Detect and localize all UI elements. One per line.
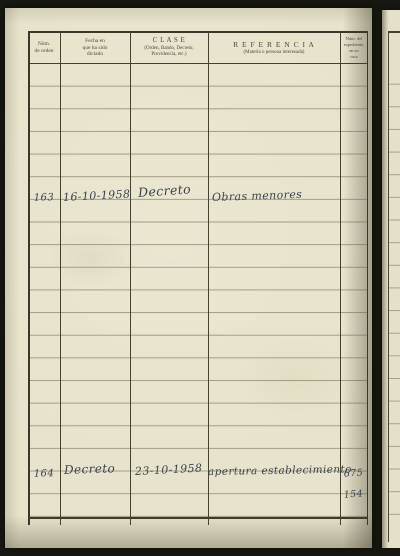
column-divider-1 [60, 31, 61, 525]
entry-164-expediente-extra: 154 [340, 488, 368, 501]
table-border-right [367, 31, 369, 525]
table-body-ruled-rows: 163 16-10-1958 Decreto Obras menores 164… [28, 64, 368, 517]
column-header-referencia-title: R E F E R E N C I A [233, 40, 315, 49]
entry-164-fecha-cell: Decreto [64, 461, 116, 477]
entry-164-num: 164 [28, 468, 60, 480]
column-header-fecha: Fecha en que ha sido dictado [60, 33, 130, 63]
entry-163-clase: Decreto [137, 181, 191, 200]
register-table: Núm. de orden Fecha en que ha sido dicta… [28, 31, 368, 519]
column-divider-3 [208, 31, 209, 525]
column-divider-4 [340, 31, 341, 525]
column-header-clase: C L A S E (Orden, Bando, Decreto, Provid… [130, 33, 208, 63]
adjacent-page-table-top-border [388, 31, 400, 33]
table-border-left [28, 31, 30, 525]
column-header-clase-title: C L A S E [153, 37, 186, 45]
entry-163-fecha: 16-10-1958 [63, 187, 131, 204]
adjacent-page-ruled-rows [389, 62, 400, 520]
column-header-num-orden: Núm. de orden [28, 33, 60, 63]
column-divider-2 [130, 31, 131, 525]
entry-164-expediente: 675 [340, 467, 368, 480]
entry-164-referencia: apertura establecimiento [208, 463, 352, 478]
entry-163-num: 163 [28, 192, 60, 204]
entry-163-referencia: Obras menores [212, 188, 303, 204]
column-header-referencia: R E F E R E N C I A (Materia o persona i… [208, 33, 340, 63]
table-header-row: Núm. de orden Fecha en que ha sido dicta… [28, 33, 368, 64]
scanned-register-photo: Núm. de orden Fecha en que ha sido dicta… [0, 0, 400, 556]
column-header-referencia-subtitle: (Materia o persona interesada) [244, 50, 305, 57]
entry-164-clase-cell: 23-10-1958 [135, 461, 203, 478]
column-header-expediente: Núm. del expediente, en su caso [340, 33, 368, 63]
adjacent-page-edge [382, 10, 400, 548]
register-page: Núm. de orden Fecha en que ha sido dicta… [5, 8, 372, 548]
column-header-clase-subtitle: (Orden, Bando, Decreto, Providencia, etc… [144, 46, 193, 59]
